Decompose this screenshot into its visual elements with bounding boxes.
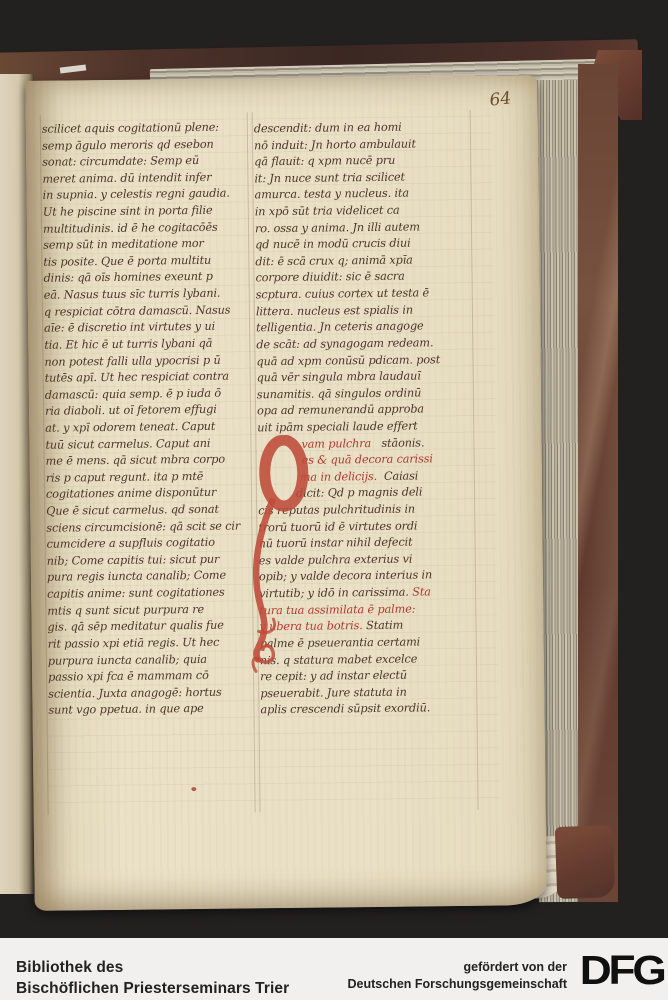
manuscript-page: 64 scilicet aquis cogitationū plene:semp…: [25, 75, 546, 911]
ink-text: nib; Come capitis tui: sicut pur: [47, 553, 220, 568]
ink-text: telligentia. Jn ceteris anagoge: [256, 320, 424, 335]
ink-text: tia. Et hic ē ut turris lybani qā: [44, 337, 212, 352]
ink-text: aplis crescendi sūpsit exordiū.: [260, 702, 430, 717]
manuscript-line: sunt vgo ppetua. in que ape: [48, 702, 254, 721]
ink-text: amurca. testa y nucleus. ita: [255, 187, 409, 202]
initial-q-ornament: [247, 435, 314, 680]
ink-text: sunt vgo ppetua. in que ape: [48, 702, 203, 717]
ink-text: littera. nucleus est spialis in: [256, 303, 413, 318]
ink-text: dit: ē scā crux q; animā xpīa: [255, 253, 413, 268]
leather-corner-bottom-right: [555, 825, 615, 899]
ink-text: tis posite. Que ē porta multitu: [43, 254, 211, 269]
ink-text: ro. ossa y anima. Jn illi autem: [255, 220, 420, 235]
ink-text: in supnia. y celestis regni gaudia.: [43, 187, 230, 202]
ink-text: dinis: qā oīs homines exeunt p: [43, 270, 212, 285]
ink-text: in xpō sūt tria videlicet ca: [255, 204, 400, 219]
ink-text: cumcidere a supfluis cogitatio: [46, 536, 214, 551]
library-name: Bibliothek des Bischöflichen Priestersem…: [16, 957, 289, 999]
ink-text: sunamitis. qā singulos ordinū: [257, 386, 421, 401]
ink-text: opa ad remunerandū approba: [257, 403, 424, 418]
ink-text: ris p caput regunt. ita p mtē: [46, 470, 204, 485]
manuscript-line: aplis crescendi sūpsit exordiū.: [260, 701, 480, 720]
book-right-cover: [578, 64, 618, 902]
text-column-left: scilicet aquis cogitationū plene:semp āg…: [42, 120, 255, 720]
funding-credit-line1: gefördert von der: [348, 959, 568, 976]
manuscript-photo: 64 scilicet aquis cogitationū plene:semp…: [0, 0, 668, 1000]
ink-text: scilicet aquis cogitationū plene:: [42, 121, 219, 136]
ink-text: passio xpi fca ē mammam cō: [48, 669, 209, 684]
ink-text: aīe: ē discretio int virtutes y ui: [44, 320, 215, 335]
ink-text: damascū: quia semp. ē p iuda ō: [45, 386, 221, 401]
rubric-text: Sta: [412, 585, 431, 598]
ink-text: capitis anime: sunt cogitationes: [47, 586, 225, 601]
ink-text: dicit: Qd p magnis deli: [296, 486, 422, 500]
ink-text: Que ē sicut carmelus. qd sonat: [46, 503, 219, 518]
ink-text: qd nucē in modū crucis diui: [255, 237, 410, 252]
ink-text: cogitationes anime disponūtur: [46, 486, 216, 501]
ink-text: tuū sicut carmelus. Caput ani: [45, 436, 210, 451]
ink-text: sciens circumcisionē: qā scit se cir: [46, 519, 240, 534]
leather-streak: [578, 64, 618, 902]
ink-text: quā vēr singula mbra laudauī: [257, 370, 421, 385]
rubric-text: es & quā decora carissi: [302, 453, 433, 467]
ink-text: gis. qā sēp meditatur qualis fue: [47, 619, 223, 634]
ink-speck: [191, 787, 196, 791]
ink-text: semp āgulo meroris qd esebon: [42, 137, 214, 152]
ink-text: pura regis iuncta canalib; Come: [47, 569, 226, 584]
ink-text: me ē mens. qā sicut mbra corpo: [46, 453, 225, 468]
ink-text: Ut he piscine sint in porta filie: [43, 204, 213, 219]
ink-text: nō induit: Jn horto ambulauit: [254, 137, 416, 152]
ink-text: Statim: [366, 619, 403, 632]
ink-text: q respiciat cōtra damascū. Nasus: [44, 303, 231, 318]
ink-text: ria diaboli. ut oī fetorem effugi: [45, 403, 217, 418]
ink-text: quā ad xpm conūsū pdicam. post: [256, 353, 440, 368]
rubric-text: vam pulchra: [301, 437, 371, 451]
ink-text: mtis q sunt sicut purpura re: [47, 603, 204, 618]
ink-text: purpura iuncta canalib; quia: [48, 652, 207, 667]
library-name-line2: Bischöflichen Priesterseminars Trier: [16, 978, 289, 999]
ink-text: scptura. cuius cortex ut testa ē: [256, 286, 429, 301]
folio-number: 64: [488, 88, 512, 110]
dfg-logo: DFG: [580, 947, 664, 994]
ink-text: qā flauit: q xpm nucē pru: [254, 154, 395, 169]
ink-text: it: Jn nuce sunt tria scilicet: [254, 170, 405, 185]
ink-text: at. y xpī odorem teneat. Caput: [45, 420, 215, 435]
ink-text: Caiasi: [377, 469, 418, 482]
ink-text: rit passio xpi etiā regis. Ut hec: [48, 636, 220, 651]
ink-text: pseuerabit. Jure statuta in: [260, 685, 407, 700]
ink-text: sonat: circumdate: Semp eū: [42, 154, 199, 169]
ink-text: meret anima. dū intendit infer: [42, 171, 211, 186]
ink-text: non potest falli ulla ypocrisi p ū: [44, 353, 220, 368]
ink-text: de scāt: ad synagogam redeam.: [256, 336, 433, 351]
ink-text: multitudinis. id ē he cogitacōēs: [43, 220, 218, 235]
ink-text: uit ipām speciali laude effert: [257, 419, 418, 434]
ink-text: stāonis.: [371, 436, 424, 450]
ink-text: descendit: dum in ea homi: [254, 121, 402, 136]
ink-text: tutēs apī. Ut hec respiciat contra: [45, 370, 229, 385]
ink-text: scientia. Juxta anagogē: hortus: [48, 685, 221, 700]
funding-credit: gefördert von der Deutschen Forschungsge…: [348, 959, 568, 993]
footer-banner: Bibliothek des Bischöflichen Priestersem…: [0, 938, 668, 1000]
funding-credit-line2: Deutschen Forschungsgemeinschaft: [348, 976, 568, 993]
library-name-line1: Bibliothek des: [16, 957, 289, 978]
ink-text: semp sūt in meditatione mor: [43, 237, 204, 252]
ink-text: eā. Nasus tuus sīc turris lybani.: [44, 287, 221, 302]
ink-text: corpore diuidit: sic ē sacra: [255, 270, 404, 285]
